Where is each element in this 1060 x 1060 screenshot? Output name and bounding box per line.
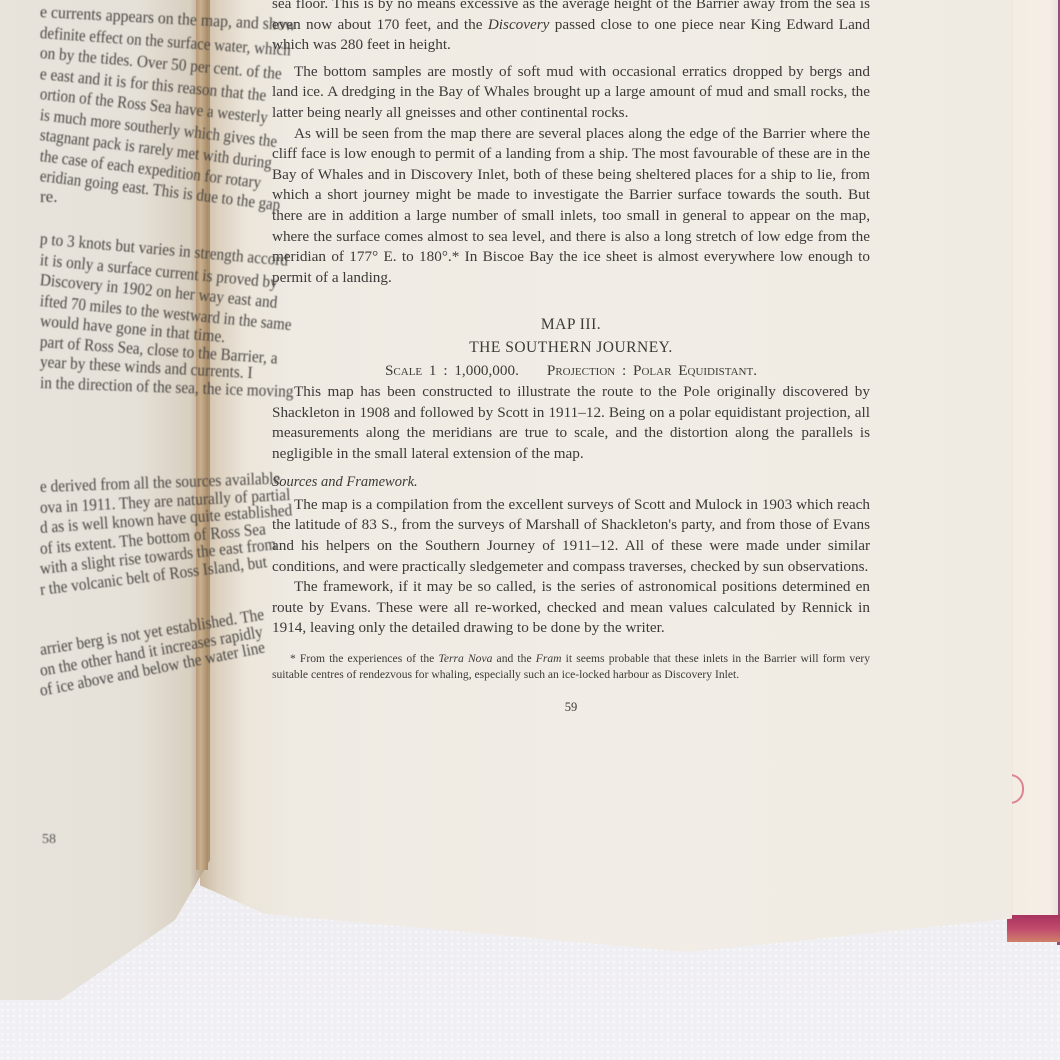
- footnote: * From the experiences of the Terra Nova…: [272, 651, 870, 683]
- ship-name: Discovery: [488, 16, 550, 33]
- left-text-block-1: e currents appears on the map, and show …: [40, 0, 240, 207]
- book-photo: sea floor. This is by no means excessive…: [0, 0, 1060, 1060]
- page-number-left: 58: [42, 832, 56, 848]
- paragraph-barrier-height: sea floor. This is by no means excessive…: [272, 0, 870, 56]
- left-page-body: e currents appears on the map, and show …: [40, 0, 240, 702]
- paragraph-sources: The map is a compilation from the excell…: [272, 495, 870, 577]
- paragraph-map-purpose: This map has been constructed to illustr…: [272, 382, 870, 464]
- paragraph-framework: The framework, if it may be so called, i…: [272, 577, 870, 639]
- left-text-block-4: arrier berg is not yet established. The …: [40, 640, 240, 702]
- page-number-right: 59: [272, 697, 870, 718]
- projection-label: Projection : Polar Equidistant.: [547, 362, 757, 379]
- map-heading: MAP III.: [272, 314, 870, 336]
- right-page-body: sea floor. This is by no means excessive…: [272, 0, 870, 718]
- scale-projection-line: Scale 1 : 1,000,000.Projection : Polar E…: [272, 361, 870, 382]
- section-subheading: Sources and Framework.: [272, 472, 870, 493]
- map-title: THE SOUTHERN JOURNEY.: [272, 337, 870, 359]
- left-text-block-3: e derived from all the sources available…: [40, 477, 240, 600]
- right-page: sea floor. This is by no means excessive…: [200, 0, 1012, 952]
- paragraph-bottom-samples: The bottom samples are mostly of soft mu…: [272, 62, 870, 124]
- red-cloth-cover: [1007, 915, 1060, 942]
- left-text-block-2: p to 3 knots but varies in strength acco…: [40, 229, 240, 393]
- paragraph-landing-places: As will be seen from the map there are s…: [272, 124, 870, 289]
- scale-label: Scale 1 : 1,000,000.: [385, 362, 519, 379]
